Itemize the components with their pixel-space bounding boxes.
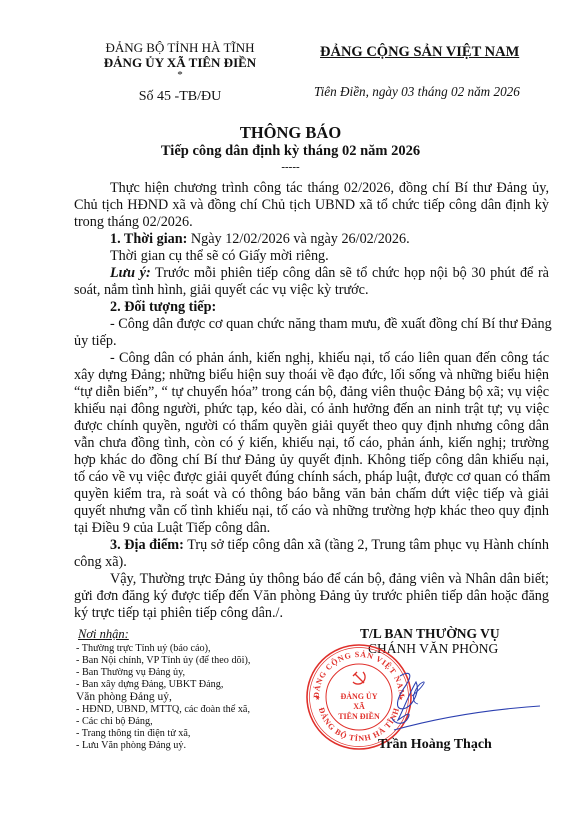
section-time-note: Lưu ý: Trước mỗi phiên tiếp công dân sẽ … <box>110 265 549 282</box>
section-location-heading: 3. Địa điểm: <box>110 537 184 553</box>
title-separator: ----- <box>0 161 581 173</box>
section-location: 3. Địa điểm: Trụ sở tiếp công dân xã (tầ… <box>110 537 549 554</box>
target-item-2: khiếu nại đông người, phức tạp, kéo dài,… <box>74 401 549 418</box>
target-item-2: xây dựng Đảng; những biểu hiện suy thoái… <box>74 367 549 384</box>
closing-line: Vậy, Thường trực Đảng ủy thông báo để cá… <box>110 571 549 588</box>
star-separator: * <box>90 70 270 81</box>
note-text: Trước mỗi phiên tiếp công dân sẽ tổ chức… <box>151 265 549 281</box>
svg-text:XÃ: XÃ <box>353 702 365 711</box>
section-location-text: Trụ sở tiếp công dân xã (tầng 2, Trung t… <box>184 537 549 553</box>
section-time-note-cont: soát, nắm tình hình, giải quyết các vụ v… <box>74 282 549 299</box>
target-item-2: vẫn chưa đồng tình, còn có ý kiến, khiếu… <box>74 435 549 452</box>
recipient-item: - Ban Thường vụ Đảng ủy, <box>76 667 185 679</box>
closing-line: ký trực tiếp tại phiên tiếp công dân./. <box>74 605 549 622</box>
document-number: Số 45 -TB/ĐU <box>90 89 270 104</box>
document-title: THÔNG BÁO <box>0 123 581 143</box>
svg-text:ĐẢNG ỦY: ĐẢNG ỦY <box>340 691 377 701</box>
section-time-heading: 1. Thời gian: <box>110 231 187 247</box>
intro-line: Thực hiện chương trình công tác tháng 02… <box>110 180 549 197</box>
section-time-text: Ngày 12/02/2026 và ngày 26/02/2026. <box>187 231 409 247</box>
recipient-item: - HĐND, UBND, MTTQ, các đoàn thể xã, <box>76 704 250 716</box>
section-time-detail: Thời gian cụ thể sẽ có Giấy mời riêng. <box>110 248 581 265</box>
target-item-2: được chính quyền, người có thẩm quyền gi… <box>74 418 549 435</box>
target-item-2: - Công dân có phản ánh, kiến nghị, khiếu… <box>110 350 549 367</box>
target-item-1: - Công dân được cơ quan chức năng tham m… <box>110 316 549 333</box>
target-item-2: “tự diễn biến”, “ tự chuyển hóa” trong c… <box>74 384 549 401</box>
note-label: Lưu ý: <box>110 265 151 281</box>
recipient-item: - Lưu Văn phòng Đảng uỷ. <box>76 740 186 752</box>
recipient-item: - Trang thông tin điện tử xã, <box>76 728 190 740</box>
recipient-item: - Ban xây dựng Đảng, UBKT Đảng, <box>76 679 223 691</box>
place-date: Tiên Điền, ngày 03 tháng 02 năm 2026 <box>314 84 520 100</box>
closing-line: gửi đơn đăng ký được tiếp đến Văn phòng … <box>74 588 549 605</box>
target-item-2: tố cáo về vụ việc được giải quyết đúng c… <box>74 469 549 486</box>
national-title: ĐẢNG CỘNG SẢN VIỆT NAM <box>320 44 519 61</box>
recipients-label: Nơi nhận: <box>78 627 129 642</box>
svg-text:★: ★ <box>315 695 320 702</box>
target-item-2: quyết nhưng vẫn cố tình khiếu nại, tố cá… <box>74 503 549 520</box>
signature-authority: T/L BAN THƯỜNG VỤ <box>360 626 500 642</box>
intro-line: Chủ tịch HĐND xã và đồng chí Chủ tịch UB… <box>74 197 549 214</box>
recipient-item: - Ban Nội chính, VP Tỉnh ủy (để theo dõi… <box>76 655 250 667</box>
handwritten-signature-icon <box>390 668 550 738</box>
target-item-1: ủy tiếp. <box>74 333 549 350</box>
party-committee-province: ĐẢNG BỘ TỈNH HÀ TĨNH <box>90 40 270 55</box>
document-subtitle: Tiếp công dân định kỳ tháng 02 năm 2026 <box>0 143 581 160</box>
section-target-heading: 2. Đối tượng tiếp: <box>110 299 581 316</box>
header-left: ĐẢNG BỘ TỈNH HÀ TĨNH ĐẢNG ỦY XÃ TIÊN ĐIỀ… <box>90 40 270 104</box>
target-item-2: tại Điều 9 của Luật Tiếp công dân. <box>74 520 549 537</box>
signer-name: Trần Hoàng Thạch <box>378 737 492 753</box>
recipient-item: Văn phòng Đảng uỷ, <box>76 691 172 703</box>
section-time: 1. Thời gian: Ngày 12/02/2026 và ngày 26… <box>110 231 581 248</box>
section-location-cont: công xã). <box>74 554 549 571</box>
target-item-2: hợp khác do đồng chí Bí thư Đảng ủy quyế… <box>74 452 549 469</box>
svg-text:TIÊN ĐIỀN: TIÊN ĐIỀN <box>338 711 380 721</box>
intro-line: trong tháng 02/2026. <box>74 214 549 231</box>
recipient-item: - Các chi bộ Đảng, <box>76 716 153 728</box>
party-committee-commune: ĐẢNG ỦY XÃ TIÊN ĐIỀN <box>90 55 270 70</box>
recipient-item: - Thường trực Tỉnh uỷ (báo cáo), <box>76 643 211 655</box>
target-item-2: quyền kiểm tra, rà soát và có thông báo … <box>74 486 549 503</box>
